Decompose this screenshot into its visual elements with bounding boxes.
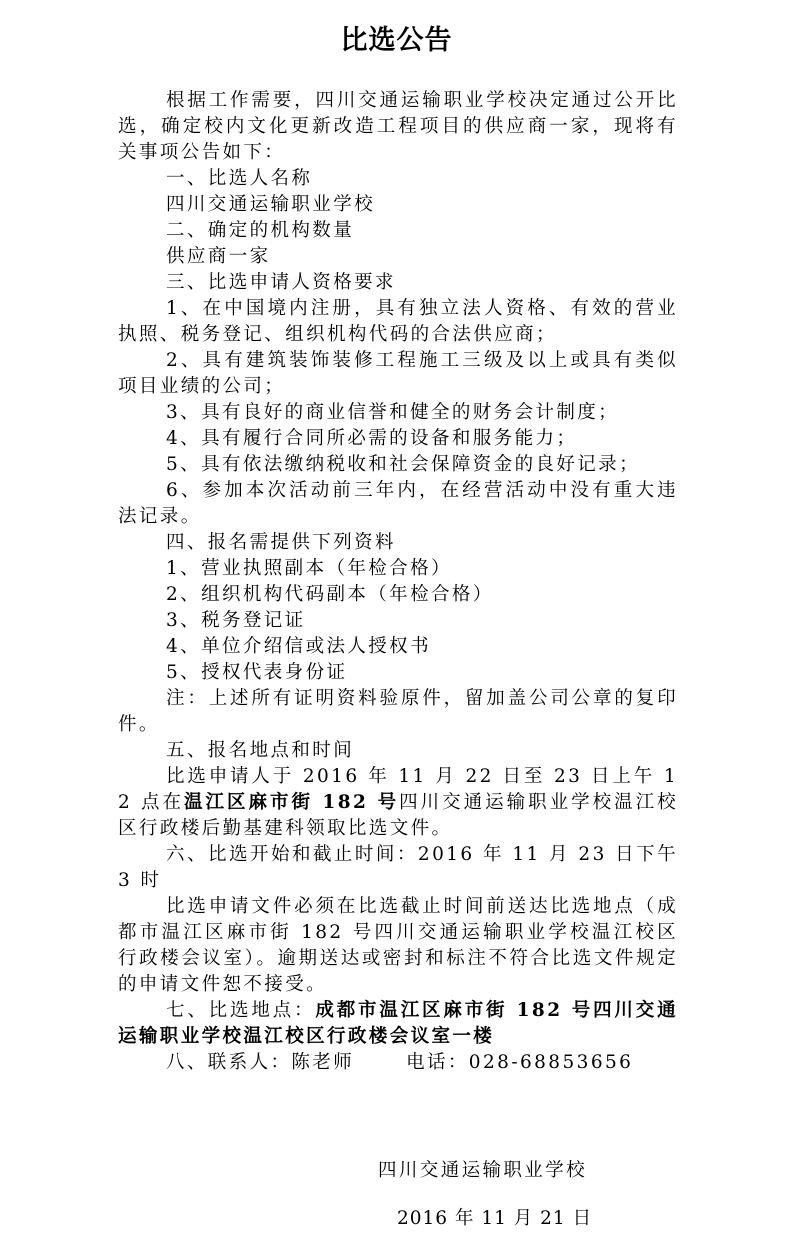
announcement-body: 根据工作需要，四川交通运输职业学校决定通过公开比选，确定校内文化更新改造工程项目… <box>118 88 678 1076</box>
page-title: 比选公告 <box>0 18 793 57</box>
document-item: 4、单位介绍信或法人授权书 <box>118 634 678 660</box>
qualification-item: 4、具有履行合同所必需的设备和服务能力； <box>118 426 678 452</box>
contact-person: 八、联系人：陈老师 <box>166 1052 354 1073</box>
section-5-heading: 五、报名地点和时间 <box>118 738 678 764</box>
intro-paragraph: 根据工作需要，四川交通运输职业学校决定通过公开比选，确定校内文化更新改造工程项目… <box>118 88 678 166</box>
section-6-heading: 六、比选开始和截止时间：2016 年 11 月 23 日下午 3 时 <box>118 842 678 894</box>
document-item: 5、授权代表身份证 <box>118 660 678 686</box>
section-7-label: 七、比选地点： <box>166 1000 315 1021</box>
document-item: 1、营业执照副本（年检合格） <box>118 556 678 582</box>
qualification-item: 1、在中国境内注册，具有独立法人资格、有效的营业执照、税务登记、组织机构代码的合… <box>118 296 678 348</box>
qualification-item: 3、具有良好的商业信誉和健全的财务会计制度； <box>118 400 678 426</box>
section-2-heading: 二、确定的机构数量 <box>118 218 678 244</box>
section-2-body: 供应商一家 <box>118 244 678 270</box>
document-item: 3、税务登记证 <box>118 608 678 634</box>
qualification-item: 5、具有依法缴纳税收和社会保障资金的良好记录； <box>118 452 678 478</box>
contact-phone: 电话：028-68853656 <box>406 1052 633 1073</box>
section-8-contact: 八、联系人：陈老师电话：028-68853656 <box>118 1050 678 1076</box>
section-7: 七、比选地点：成都市温江区麻市街 182 号四川交通运输职业学校温江校区行政楼会… <box>118 998 678 1050</box>
section-6-body: 比选申请文件必须在比选截止时间前送达比选地点（成都市温江区麻市街 182 号四川… <box>118 894 678 998</box>
signature-org: 四川交通运输职业学校 <box>378 1156 587 1182</box>
section-1-heading: 一、比选人名称 <box>118 166 678 192</box>
document-item: 2、组织机构代码副本（年检合格） <box>118 582 678 608</box>
signature-date: 2016 年 11 月 21 日 <box>397 1204 592 1230</box>
section-4-note: 注：上述所有证明资料验原件，留加盖公司公章的复印件。 <box>118 686 678 738</box>
qualification-item: 2、具有建筑装饰装修工程施工三级及以上或具有类似项目业绩的公司； <box>118 348 678 400</box>
section-5-body: 比选申请人于 2016 年 11 月 22 日至 23 日上午 12 点在温江区… <box>118 764 678 842</box>
section-4-heading: 四、报名需提供下列资料 <box>118 530 678 556</box>
registration-address: 温江区麻市街 182 号 <box>184 792 399 813</box>
section-1-body: 四川交通运输职业学校 <box>118 192 678 218</box>
qualification-item: 6、参加本次活动前三年内，在经营活动中没有重大违法记录。 <box>118 478 678 530</box>
section-3-heading: 三、比选申请人资格要求 <box>118 270 678 296</box>
